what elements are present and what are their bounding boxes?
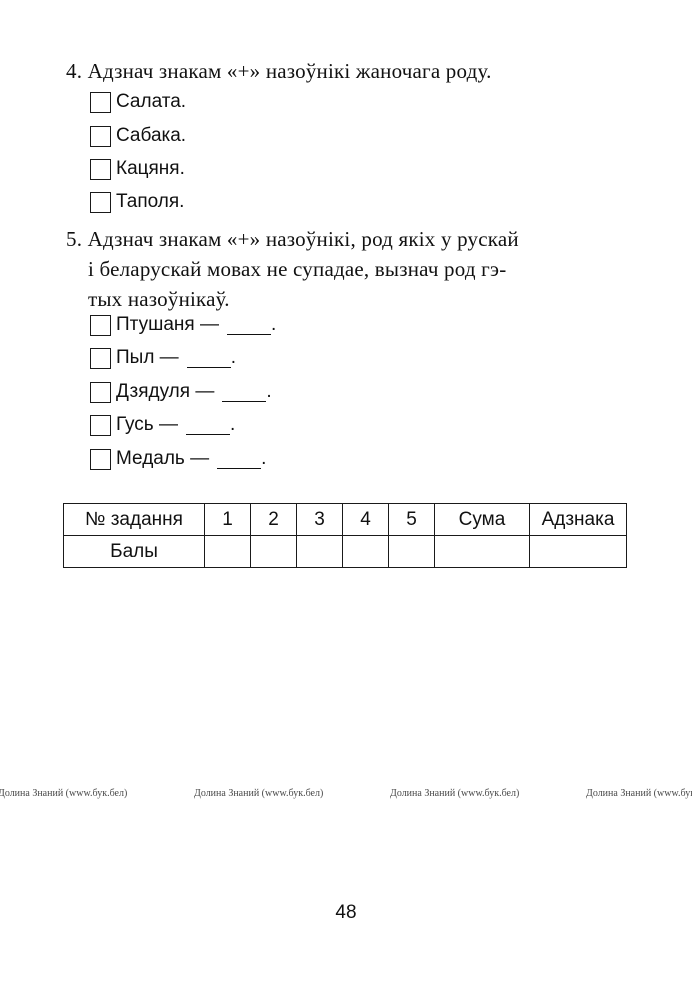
task-5-title: 5. Адзнач знакам «+» назоўнікі, род якіх… — [66, 224, 636, 314]
checkbox[interactable] — [90, 415, 111, 436]
row-label-points: Балы — [64, 536, 205, 568]
watermark-text: Долина Знаний (www.бук.бел) — [586, 788, 692, 799]
option-suffix: . — [231, 345, 236, 371]
task-4-option-sabaka[interactable]: Сабака. — [90, 123, 186, 149]
points-cell-5[interactable] — [389, 536, 435, 568]
watermark-row: Долина Знаний (www.бук.бел) Долина Знани… — [0, 788, 692, 802]
task-4-title: 4. Адзнач знакам «+» назоўнікі жаночага … — [66, 56, 492, 86]
option-label: Сабака. — [116, 123, 186, 149]
checkbox[interactable] — [90, 348, 111, 369]
points-cell-3[interactable] — [297, 536, 343, 568]
checkbox[interactable] — [90, 315, 111, 336]
option-label: Гусь — — [116, 412, 178, 438]
option-label: Пыл — — [116, 345, 179, 371]
task-5-option-dziadulia[interactable]: Дзядуля — . — [90, 379, 272, 405]
points-cell-sum[interactable] — [435, 536, 530, 568]
task-5-title-line-3: тых назоўнікаў. — [66, 284, 636, 314]
option-label: Таполя. — [116, 189, 184, 215]
checkbox[interactable] — [90, 449, 111, 470]
option-suffix: . — [266, 379, 271, 405]
task-4-option-katsianya[interactable]: Кацяня. — [90, 156, 185, 182]
task-5-option-pyl[interactable]: Пыл — . — [90, 345, 236, 371]
option-label: Дзядуля — — [116, 379, 214, 405]
task-5-option-gus[interactable]: Гусь — . — [90, 412, 235, 438]
option-suffix: . — [261, 446, 266, 472]
header-task-3: 3 — [297, 504, 343, 536]
task-5-title-line-1: 5. Адзнач знакам «+» назоўнікі, род якіх… — [66, 224, 636, 254]
task-4-option-tapolia[interactable]: Таполя. — [90, 189, 184, 215]
points-cell-grade[interactable] — [530, 536, 627, 568]
header-task-number: № задання — [64, 504, 205, 536]
task-5-option-ptushanya[interactable]: Птушаня — . — [90, 312, 276, 338]
option-suffix: . — [230, 412, 235, 438]
points-cell-4[interactable] — [343, 536, 389, 568]
score-table-points-row: Балы — [64, 536, 627, 568]
points-cell-2[interactable] — [251, 536, 297, 568]
option-label: Салата. — [116, 89, 186, 115]
score-table: № задання 1 2 3 4 5 Сума Адзнака Балы — [63, 503, 627, 568]
watermark-text: Долина Знаний (www.бук.бел) — [390, 788, 519, 799]
task-5-option-medal[interactable]: Медаль — . — [90, 446, 266, 472]
header-task-2: 2 — [251, 504, 297, 536]
answer-blank[interactable] — [187, 349, 231, 368]
header-grade: Адзнака — [530, 504, 627, 536]
option-label: Птушаня — — [116, 312, 219, 338]
watermark-text: Долина Знаний (www.бук.бел) — [194, 788, 323, 799]
header-task-1: 1 — [205, 504, 251, 536]
task-5-title-line-2: і беларускай мовах не супадае, вызнач ро… — [66, 254, 636, 284]
header-sum: Сума — [435, 504, 530, 536]
option-suffix: . — [271, 312, 276, 338]
checkbox[interactable] — [90, 159, 111, 180]
answer-blank[interactable] — [222, 383, 266, 402]
option-label: Кацяня. — [116, 156, 185, 182]
header-task-4: 4 — [343, 504, 389, 536]
header-task-5: 5 — [389, 504, 435, 536]
checkbox[interactable] — [90, 382, 111, 403]
score-table-header-row: № задання 1 2 3 4 5 Сума Адзнака — [64, 504, 627, 536]
points-cell-1[interactable] — [205, 536, 251, 568]
answer-blank[interactable] — [227, 316, 271, 335]
page-number: 48 — [0, 902, 692, 924]
checkbox[interactable] — [90, 126, 111, 147]
answer-blank[interactable] — [217, 450, 261, 469]
checkbox[interactable] — [90, 192, 111, 213]
checkbox[interactable] — [90, 92, 111, 113]
answer-blank[interactable] — [186, 416, 230, 435]
option-label: Медаль — — [116, 446, 209, 472]
watermark-text: Долина Знаний (www.бук.бел) — [0, 788, 127, 799]
task-4-option-salata[interactable]: Салата. — [90, 89, 186, 115]
